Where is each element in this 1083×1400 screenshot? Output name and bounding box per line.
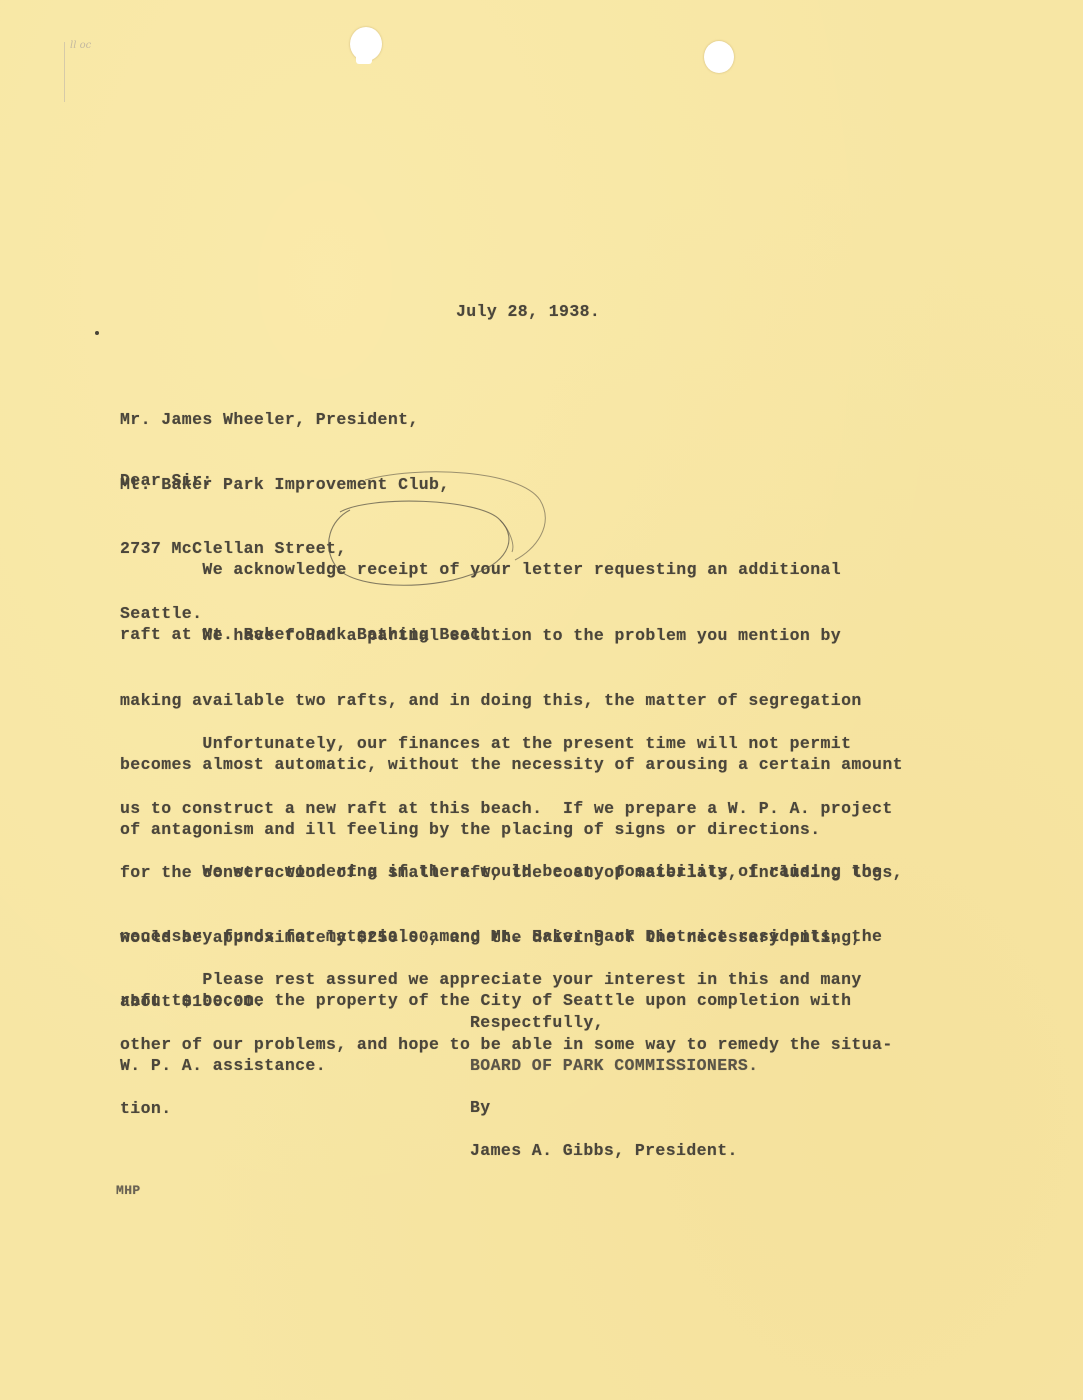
paragraph-appreciation: Please rest assured we appreciate your i… <box>120 926 950 1141</box>
organization-name: BOARD OF PARK COMMISSIONERS. <box>470 1055 758 1077</box>
punch-hole-left-tear <box>356 52 372 64</box>
paragraph-line: We have found a partial solution to the … <box>120 625 950 647</box>
pencil-note: ll oc <box>70 40 91 51</box>
paragraph-line: other of our problems, and hope to be ab… <box>120 1034 950 1056</box>
paragraph-line: tion. <box>120 1098 950 1120</box>
complimentary-close: Respectfully, <box>470 1012 604 1034</box>
pencil-mark <box>64 42 65 102</box>
by-line: By <box>470 1097 491 1119</box>
paragraph-line: us to construct a new raft at this beach… <box>120 798 950 820</box>
salutation: Dear Sir: <box>120 470 213 492</box>
letter-date: July 28, 1938. <box>456 301 600 323</box>
punch-hole-right <box>704 41 734 73</box>
paragraph-line: Unfortunately, our finances at the prese… <box>120 733 950 755</box>
paragraph-line: We were wondering if there would be any … <box>120 861 950 883</box>
typist-initials: MHP <box>116 1180 141 1202</box>
signer-name: James A. Gibbs, President. <box>470 1140 738 1162</box>
ink-dot <box>95 331 99 335</box>
address-line: Mr. James Wheeler, President, <box>120 409 450 431</box>
paragraph-line: We acknowledge receipt of your letter re… <box>120 559 950 581</box>
paragraph-line: Please rest assured we appreciate your i… <box>120 969 950 991</box>
